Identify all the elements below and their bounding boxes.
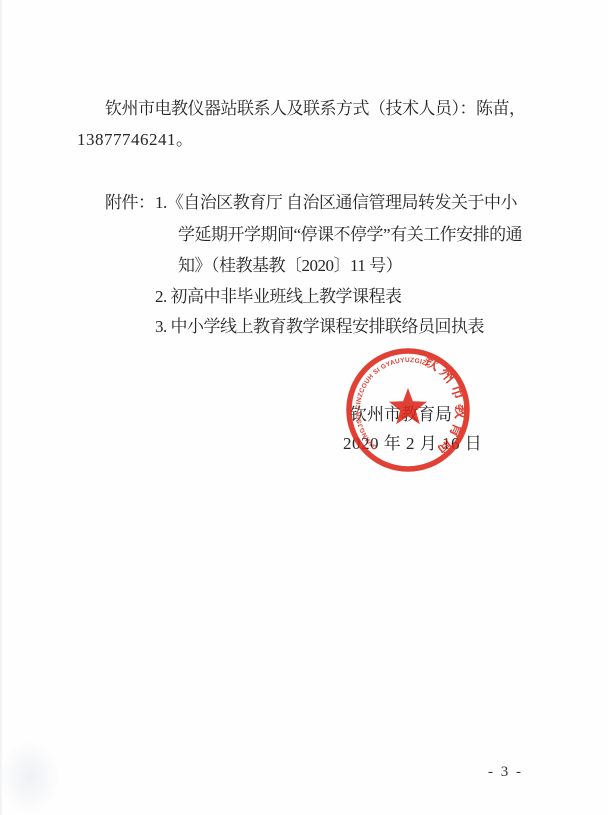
svg-text:钦州市教育局: 钦州市教育局 [421, 351, 469, 460]
attachment-item-2: 2. 初高中非毕业班线上教学课程表 [155, 286, 402, 308]
seal-star-icon [389, 388, 427, 424]
attachment-item-1-line-1: 1.《自治区教育厅 自治区通信管理局转发关于中小 [155, 192, 517, 214]
attachment-item-1-line-3: 知》（桂教基教〔2020〕11 号） [178, 255, 402, 277]
contact-line-2: 13877746241。 [77, 129, 194, 151]
scan-corner-smudge [0, 740, 60, 815]
page-number: - 3 - [488, 761, 523, 783]
seal-ring-text-cn: 钦州市教育局 [421, 351, 469, 460]
document-page: 钦州市电教仪器站联系人及联系方式（技术人员）：陈苗， 13877746241。 … [0, 0, 608, 815]
attachment-item-3: 3. 中小学线上教育教学课程安排联络员回执表 [155, 316, 484, 338]
scan-edge-shade [0, 0, 3, 815]
contact-line-1: 钦州市电教仪器站联系人及联系方式（技术人员）：陈苗， [105, 98, 526, 120]
official-seal-stamp: GVANGJSIH CINZCOUH SI GYAUYUZGIZ 钦州市教育局 [344, 346, 472, 474]
attachments-label: 附件： [105, 192, 155, 214]
attachment-item-1-line-2: 学延期开学期间“停课不停学”有关工作安排的通 [178, 224, 522, 246]
